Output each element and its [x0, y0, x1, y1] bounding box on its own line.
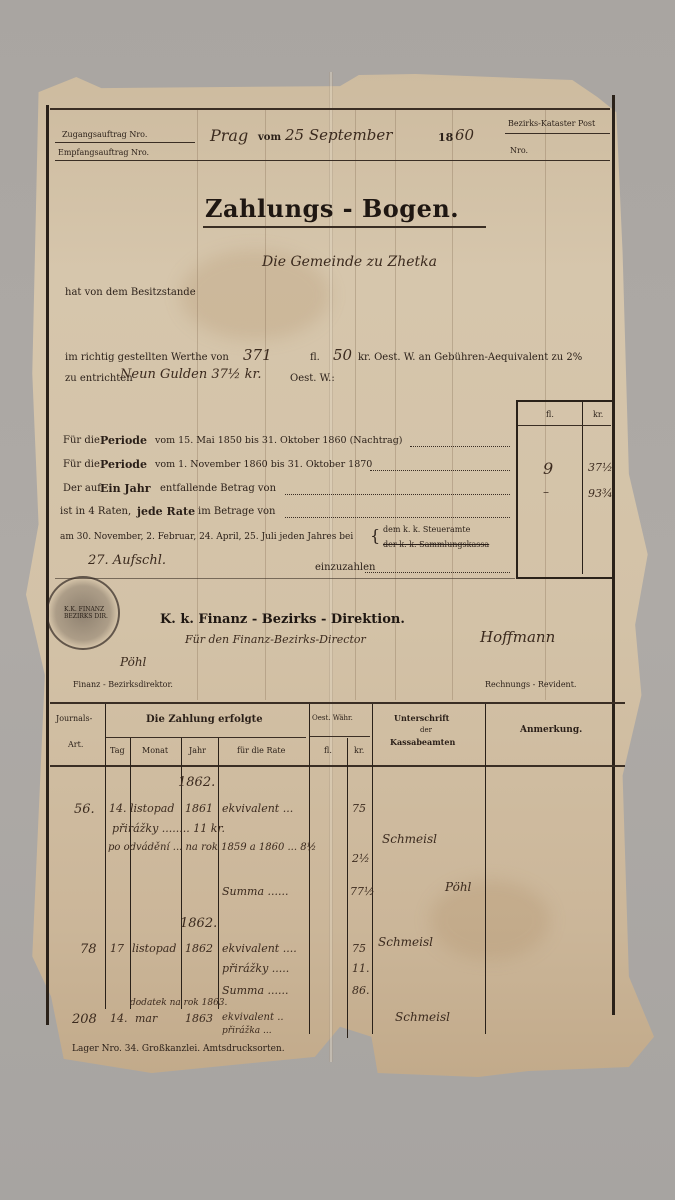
amount-box-fl-header: fl.	[546, 410, 554, 419]
cell-tag: 17	[110, 942, 124, 955]
value-fl-handwritten: 371	[243, 346, 272, 364]
period-bold: Periode	[100, 434, 147, 447]
dot-leader	[365, 572, 510, 573]
period-text: Für die	[63, 459, 100, 470]
ledger-column-divider	[347, 738, 348, 1038]
value-line-prefix: im richtig gestellten Werthe von	[65, 352, 229, 363]
ledger-top-rule	[50, 702, 625, 704]
left-signature-label: Finanz - Bezirksdirektor.	[73, 680, 173, 689]
amount-box-divider	[582, 402, 583, 574]
header-rate: für die Rate	[237, 746, 285, 755]
cell-rate: přirážka ...	[222, 1026, 272, 1036]
office-struck: der k. k. Sammlungskassa	[383, 540, 489, 549]
ledger-subheader-rule	[106, 737, 306, 738]
due-line: am 30. November, 2. Februar, 24. April, …	[60, 532, 353, 542]
authority-heading: K. k. Finanz - Bezirks - Direktion.	[160, 612, 405, 627]
cell-rate: přirážky .....	[222, 962, 289, 975]
header-rule	[55, 160, 610, 161]
marginal-note-handwritten: 27. Aufschl.	[88, 553, 166, 568]
ledger-column-divider	[309, 704, 310, 1034]
ledger-header-bottom-rule	[50, 765, 625, 767]
year-printed: 18	[438, 131, 453, 144]
header-rule	[505, 133, 610, 134]
ledger-column-divider	[105, 704, 106, 1009]
ledger-year-heading: 1862.	[178, 775, 215, 790]
cell-rate: ekvivalent ....	[222, 942, 297, 955]
ledger-note: dodatek na rok 1863.	[130, 998, 227, 1008]
date-handwritten: 25 September	[285, 126, 392, 144]
cell-kr: 86.	[352, 984, 370, 997]
cell-rate: ekvivalent ..	[222, 1012, 284, 1023]
cell-tag: 14.	[110, 1012, 128, 1025]
empfangsauftrag-label: Empfangsauftrag Nro.	[58, 148, 149, 157]
header-signature-3: Kassabeamten	[390, 737, 455, 747]
header-signature-2: der	[420, 726, 432, 734]
seal-text: K.K. FINANZ BEZIRKS DIR.	[64, 606, 118, 620]
header-fl: fl.	[324, 746, 332, 755]
cell-tag: 14.	[109, 802, 127, 815]
cell-rate: přirážky ........ 11 kr.	[112, 822, 225, 835]
cashier-signature: Pöhl	[445, 880, 471, 894]
ledger-column-divider	[130, 738, 131, 1009]
cell-monat: mar	[135, 1012, 157, 1025]
office-selected: dem k. k. Steueramte	[383, 525, 470, 534]
header-rule	[55, 142, 195, 143]
cell-rate: ekvivalent ...	[222, 802, 293, 815]
header-jahr: Jahr	[189, 746, 206, 755]
cell-art: 56.	[74, 802, 95, 817]
dot-leader	[285, 517, 510, 518]
cell-kr: 2½	[352, 852, 370, 865]
value-line-suffix: kr. Oest. W. an Gebühren-Aequivalent zu …	[358, 352, 582, 363]
header-signature-1: Unterschrift	[394, 713, 449, 723]
year-handwritten: 60	[455, 126, 474, 144]
dot-leader	[410, 446, 510, 447]
value-kr-handwritten: 50	[333, 346, 352, 364]
cell-kr: 75	[352, 942, 366, 955]
zugangsauftrag-label: Zugangsauftrag Nro.	[62, 130, 147, 139]
amount-row2-kr: 93¾	[588, 487, 613, 500]
period-text: Für die	[63, 435, 100, 446]
header-remark: Anmerkung.	[520, 725, 582, 735]
cell-kr: 11.	[352, 962, 370, 975]
cell-monat: listopad	[132, 942, 176, 955]
fl-label: fl.	[310, 352, 320, 363]
brace: {	[370, 526, 380, 545]
cashier-signature: Schmeisl	[378, 935, 433, 949]
cashier-signature: Schmeisl	[382, 832, 437, 846]
cell-kr: 77½	[350, 885, 375, 898]
amount-row2-fl: –	[543, 485, 549, 499]
cell-art: 78	[80, 942, 97, 957]
official-seal: K.K. FINANZ BEZIRKS DIR.	[46, 576, 120, 650]
bezirks-kataster-label: Bezirks-Kataster Post	[508, 119, 595, 128]
left-border	[46, 105, 49, 1025]
entrichten-amount-handwritten: Neun Gulden 37½ kr.	[120, 367, 261, 382]
hat-von-label: hat von dem Besitzstande	[65, 287, 196, 298]
payer-handwritten: Die Gemeinde zu Zhetka	[262, 254, 437, 270]
title-underline	[203, 226, 486, 228]
period-bold: Periode	[100, 458, 147, 471]
ledger-subheader-rule	[310, 736, 370, 737]
cell-jahr: 1862	[185, 942, 213, 955]
period-text: entfallende Betrag von	[160, 483, 276, 494]
place-handwritten: Prag	[210, 126, 248, 145]
period-text: vom 15. Mai 1850 bis 31. Oktober 1860 (N…	[155, 435, 403, 446]
cell-jahr: 1861	[185, 802, 213, 815]
cell-rate: Summa ......	[222, 984, 289, 997]
cell-kr: 75	[352, 802, 366, 815]
amount-row1-kr: 37½	[588, 461, 613, 474]
header-art: Art.	[68, 740, 83, 749]
period-text: Der auf	[63, 483, 101, 494]
ledger-column-divider	[372, 704, 373, 1034]
ledger-year-heading: 1862.	[180, 916, 217, 931]
header-journal: Journals-	[56, 714, 92, 723]
period-bold: jede Rate	[137, 505, 195, 518]
header-kr: kr.	[354, 746, 364, 755]
top-rule	[50, 108, 610, 110]
ledger-column-divider	[218, 738, 219, 1009]
amount-row1-fl: 9	[543, 459, 553, 478]
period-text: ist in 4 Raten,	[60, 506, 131, 517]
authority-handwritten: Für den Finanz-Bezirks-Director	[185, 633, 366, 646]
header-monat: Monat	[142, 746, 168, 755]
entrichten-suffix: Oest. W.:	[290, 373, 335, 384]
dot-leader	[285, 494, 510, 495]
tear-line	[55, 578, 515, 579]
header-tag: Tag	[110, 746, 125, 755]
period-text: im Betrage von	[198, 506, 276, 517]
period-text: vom 1. November 1860 bis 31. Oktober 187…	[155, 459, 372, 470]
vom-label: vom	[258, 132, 281, 143]
form-title: Zahlungs - Bogen.	[205, 194, 459, 223]
dot-leader	[370, 470, 510, 471]
amount-box-kr-header: kr.	[593, 410, 603, 419]
ledger-column-divider	[485, 704, 486, 1034]
right-signature: Hoffmann	[480, 628, 555, 646]
cell-monat: listopad	[130, 802, 174, 815]
cashier-signature: Schmeisl	[395, 1010, 450, 1024]
cell-rate: po odvádění ... na rok 1859 a 1860 ... 8…	[108, 842, 316, 853]
nro-label: Nro.	[510, 146, 528, 155]
right-signature-label: Rechnungs - Revident.	[485, 680, 576, 689]
period-bold: Ein Jahr	[100, 482, 151, 495]
header-currency: Oest. Währ.	[312, 714, 353, 722]
cell-rate: Summa ......	[222, 885, 289, 898]
printer-footer: Lager Nro. 34. Großkanzlei. Amtsdrucksor…	[72, 1044, 285, 1054]
cell-art: 208	[72, 1012, 97, 1027]
amount-box-header-rule	[518, 425, 611, 426]
cell-jahr: 1863	[185, 1012, 213, 1025]
header-group: Die Zahlung erfolgte	[146, 714, 263, 725]
left-signature: Pöhl	[120, 655, 146, 669]
